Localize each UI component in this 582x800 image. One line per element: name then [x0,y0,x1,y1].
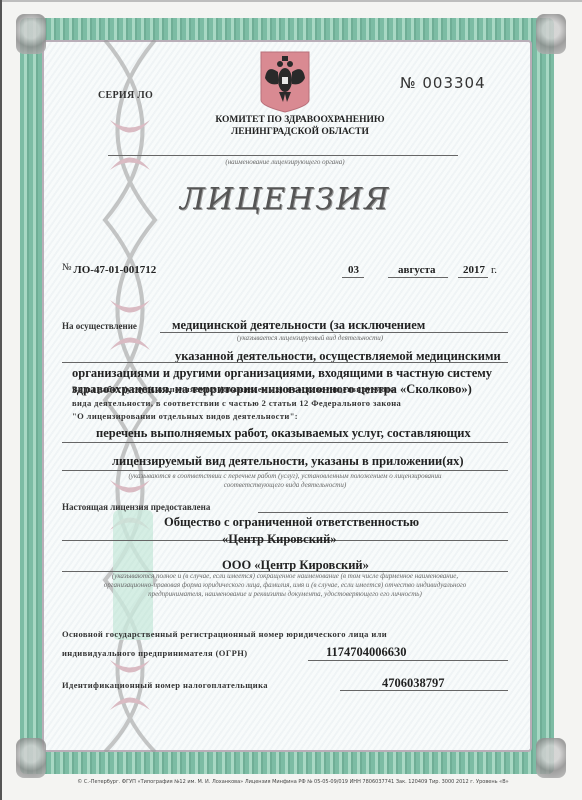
form-number: № 003304 [400,74,486,92]
ogrn-label-2: индивидуального предпринимателя (ОГРН) [62,648,247,658]
works-line-1: перечень выполняемых работ, оказываемых … [96,426,471,441]
date-day: 03 [348,264,359,276]
licensee-caption-3: предпринимателя, наименование и реквизит… [56,590,514,598]
licensee-full-name-2: «Центр Кировский» [222,532,337,547]
licensee-caption-2: организационно-правовая форма юридическо… [56,581,514,589]
issuer-name: КОМИТЕТ ПО ЗДРАВООХРАНЕНИЮ ЛЕНИНГРАДСКОЙ… [150,114,450,138]
scan-top-edge [0,0,582,2]
issuer-caption: (наименование лицензирующего органа) [150,158,420,166]
activity-line-1: медицинской деятельности (за исключением [172,318,425,333]
licensee-caption-1: (указываются полное и (в случае, если им… [56,572,514,580]
ogrn-underline [308,660,508,661]
document-title: ЛИЦЕНЗИЯ [180,182,391,217]
activity-line-3: организациями и другими организациями, в… [72,366,492,381]
activity-underline-1 [160,332,508,333]
works-intro-2: вида деятельности, в соответствии с част… [72,398,401,408]
licensee-label: Настоящая лицензия предоставлена [62,502,210,512]
works-underline-1 [62,442,508,443]
activity-underline-2 [62,362,508,363]
inn-underline [340,690,508,691]
date-month: августа [398,264,436,276]
works-intro-3: "О лицензировании отдельных видов деятел… [72,411,298,421]
number-symbol: № [62,262,72,273]
issuer-underline [108,155,458,156]
russian-coat-of-arms-icon [259,50,311,114]
license-number-value: ЛО-47-01-001712 [74,264,157,276]
series-label: СЕРИЯ ЛО [98,90,153,101]
works-caption-1: (указываются в соответствии с перечнем р… [62,472,508,480]
corner-ornament-icon [16,738,46,778]
corner-ornament-icon [536,738,566,778]
activity-label: На осуществление [62,321,137,331]
licensee-full-name-1: Общество с ограниченной ответственностью [164,515,419,530]
issuer-line-2: ЛЕНИНГРАДСКОЙ ОБЛАСТИ [150,126,450,138]
date-day-underline [342,277,364,278]
licensee-underline-0 [258,512,508,513]
activity-caption: (указывается лицензируемый вид деятельно… [200,334,420,342]
works-intro-1: Виды работ (услуг), выполняемых (оказыва… [72,384,395,394]
inn-value: 4706038797 [382,676,445,691]
corner-ornament-icon [16,14,46,54]
ogrn-value: 1174704006630 [326,645,407,660]
license-number: №ЛО-47-01-001712 [62,262,156,276]
works-caption-2: соответствующего вида деятельности) [62,481,508,489]
works-line-2: лицензируемый вид деятельности, указаны … [112,454,464,469]
ogrn-label-1: Основной государственный регистрационный… [62,629,387,639]
date-year-underline [458,277,488,278]
printer-info: © С.-Петербург. ФГУП «Типография №12 им.… [58,779,528,785]
date-suffix: г. [491,264,497,276]
works-underline-2 [62,470,508,471]
corner-ornament-icon [536,14,566,54]
date-year: 2017 [463,264,485,276]
inn-label: Идентификационный номер налогоплательщик… [62,680,268,690]
scan-left-edge [0,0,2,800]
issuer-line-1: КОМИТЕТ ПО ЗДРАВООХРАНЕНИЮ [150,114,450,126]
date-month-underline [388,277,448,278]
